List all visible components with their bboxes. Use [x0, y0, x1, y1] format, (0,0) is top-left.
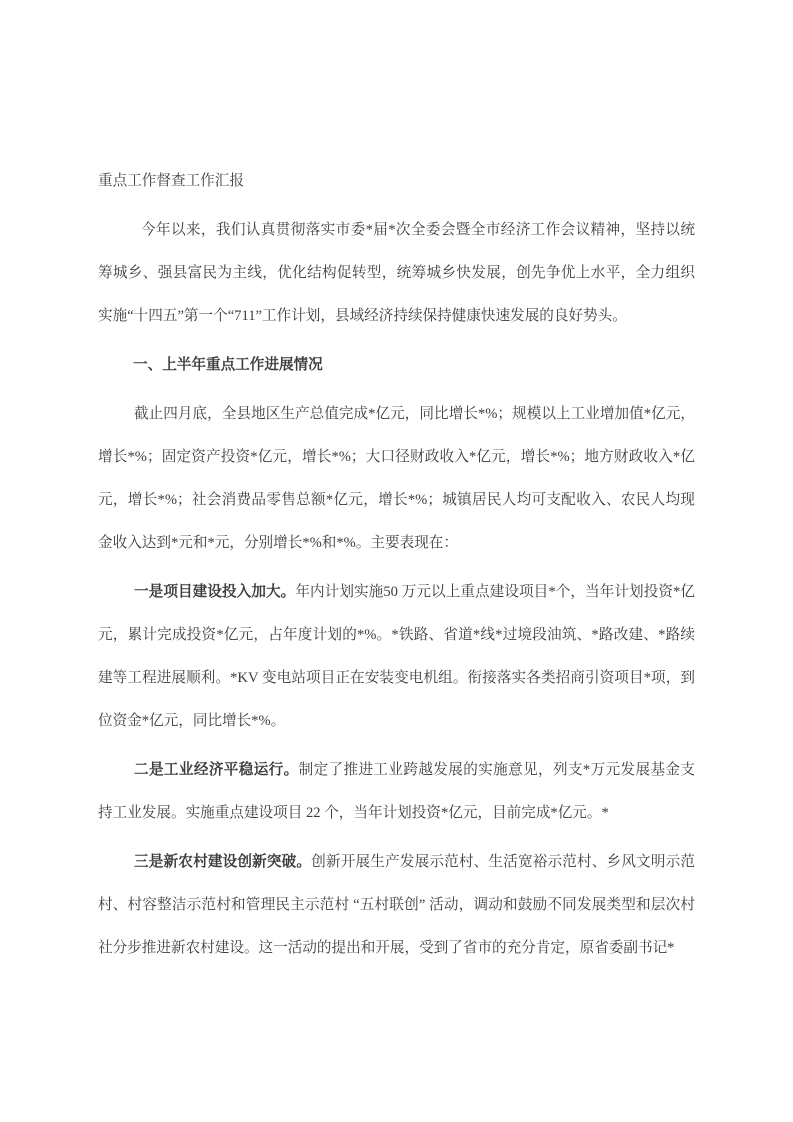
section-1-overview-paragraph: 截止四月底，全县地区生产总值完成*亿元，同比增长*%；规模以上工业增加值*亿元，…	[98, 393, 695, 565]
document-title: 重点工作督查工作汇报	[98, 160, 695, 203]
point-1-lead: 一是项目建设投入加大。	[134, 584, 295, 600]
section-1-heading: 一、上半年重点工作进展情况	[98, 344, 695, 387]
document-page: 重点工作督查工作汇报 今年以来，我们认真贯彻落实市委*届*次全委会暨全市经济工作…	[0, 0, 793, 1122]
point-3-lead: 三是新农村建设创新突破。	[134, 854, 311, 870]
point-1-text: 年内计划实施50 万元以上重点建设项目*个，当年计划投资*亿元，累计完成投资*亿…	[98, 584, 695, 729]
point-2-lead: 二是工业经济平稳运行。	[134, 762, 299, 778]
point-2-paragraph: 二是工业经济平稳运行。制定了推进工业跨越发展的实施意见，列支*万元发展基金支持工…	[98, 749, 695, 835]
intro-paragraph: 今年以来，我们认真贯彻落实市委*届*次全委会暨全市经济工作会议精神，坚持以统筹城…	[98, 209, 695, 338]
point-3-paragraph: 三是新农村建设创新突破。创新开展生产发展示范村、生活宽裕示范村、乡风文明示范村、…	[98, 841, 695, 970]
document-body: 重点工作督查工作汇报 今年以来，我们认真贯彻落实市委*届*次全委会暨全市经济工作…	[98, 160, 695, 976]
point-1-paragraph: 一是项目建设投入加大。年内计划实施50 万元以上重点建设项目*个，当年计划投资*…	[98, 571, 695, 743]
